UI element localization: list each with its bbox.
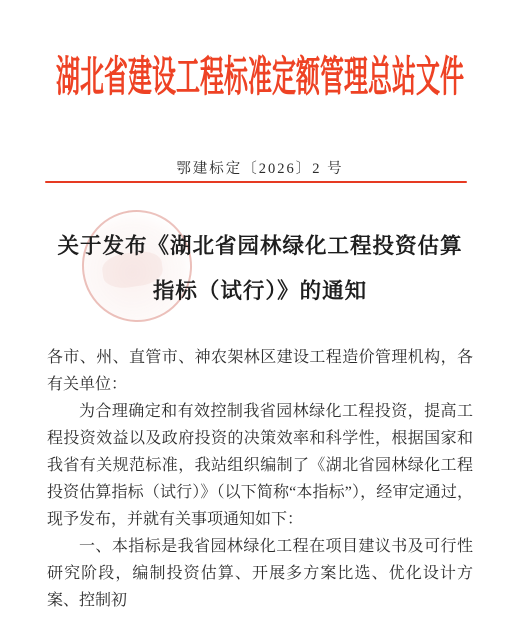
masthead-red-header: 湖北省建设工程标准定额管理总站文件 xyxy=(0,42,520,103)
body-paragraph-2: 一、本指标是我省园林绿化工程在项目建议书及可行性研究阶段，编制投资估算、开展多方… xyxy=(47,533,473,614)
document-page: 湖北省建设工程标准定额管理总站文件 鄂建标定〔2026〕2 号 关于发布《湖北省… xyxy=(0,0,520,629)
notice-title: 关于发布《湖北省园林绿化工程投资估算 指标（试行）》的通知 xyxy=(30,224,490,314)
salutation-line: 各市、州、直管市、神农架林区建设工程造价管理机构，各有关单位： xyxy=(47,344,473,398)
notice-title-line2: 指标（试行）》的通知 xyxy=(30,269,490,314)
document-reference-number: 鄂建标定〔2026〕2 号 xyxy=(0,157,520,178)
notice-body: 各市、州、直管市、神农架林区建设工程造价管理机构，各有关单位： 为合理确定和有效… xyxy=(47,344,473,614)
red-divider-rule xyxy=(45,181,467,183)
body-paragraph-1: 为合理确定和有效控制我省园林绿化工程投资，提高工程投资效益以及政府投资的决策效率… xyxy=(47,398,473,533)
notice-title-line1: 关于发布《湖北省园林绿化工程投资估算 xyxy=(30,224,490,269)
